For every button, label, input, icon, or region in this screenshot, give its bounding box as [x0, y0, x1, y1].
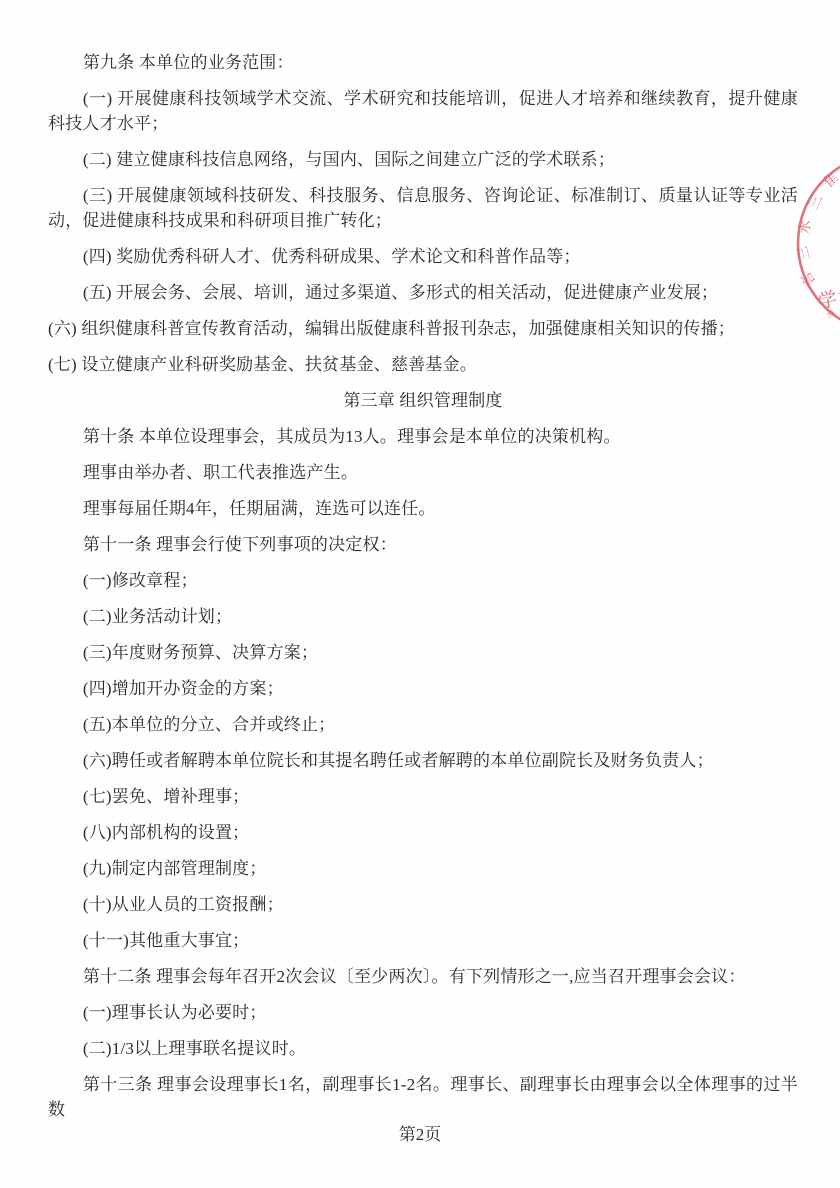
- seal-ring-text: 隹: [821, 170, 840, 191]
- document-paragraph: (一) 开展健康科技领域学术交流、学术研究和技能培训，促进人才培养和继续教育，提…: [48, 86, 798, 136]
- document-paragraph: (三) 开展健康领域科技研发、科技服务、信息服务、咨询论证、标准制订、质量认证等…: [48, 183, 798, 233]
- document-paragraph: (二)1/3以上理事联名提议时。: [48, 1036, 798, 1061]
- document-paragraph: 理事由举办者、职工代表推选产生。: [48, 460, 798, 485]
- document-paragraph: 第九条 本单位的业务范围：: [48, 50, 798, 75]
- document-paragraph: (七) 设立健康产业科研奖励基金、扶贫基金、慈善基金。: [48, 352, 798, 377]
- seal-ring-text: 言: [798, 268, 819, 289]
- seal-ring: [798, 153, 840, 333]
- chapter-heading: 第三章 组织管理制度: [48, 388, 798, 413]
- document-paragraph: 第十条 本单位设理事会，其成员为13人。理事会是本单位的决策机构。: [48, 424, 798, 449]
- page-number: 第2页: [0, 1122, 840, 1147]
- document-paragraph: (二) 建立健康科技信息网络，与国内、国际之间建立广泛的学术联系；: [48, 147, 798, 172]
- document-paragraph: (四) 奖励优秀科研人才、优秀科研成果、学术论文和科普作品等；: [48, 244, 798, 269]
- document-paragraph: (十一)其他重大事宜；: [48, 928, 798, 953]
- document-paragraph: (三)年度财务预算、决算方案；: [48, 640, 798, 665]
- document-paragraph: (四)增加开办资金的方案；: [48, 676, 798, 701]
- document-paragraph: (十)从业人员的工资报酬；: [48, 892, 798, 917]
- seal-ring-text: 水: [796, 219, 814, 234]
- document-paragraph: (二)业务活动计划；: [48, 604, 798, 629]
- seal-center-text: 学: [816, 288, 839, 313]
- document-paragraph: (一)理事长认为必要时；: [48, 1000, 798, 1025]
- page: 第九条 本单位的业务范围：(一) 开展健康科技领域学术交流、学术研究和技能培训，…: [0, 0, 840, 1188]
- seal-ring-text: 三: [806, 192, 826, 211]
- seal-center-text: 大: [836, 283, 840, 308]
- document-paragraph: (一)修改章程；: [48, 568, 798, 593]
- document-paragraph: (六)聘任或者解聘本单位院长和其提名聘任或者解聘的本单位副院长及财务负责人；: [48, 748, 798, 773]
- document-paragraph: (九)制定内部管理制度；: [48, 856, 798, 881]
- document-paragraph: 第十三条 理事会设理事长1名，副理事长1-2名。理事长、副理事长由理事会以全体理…: [48, 1072, 798, 1122]
- document-paragraph: 理事每届任期4年，任期届满，连选可以连任。: [48, 496, 798, 521]
- seal-serial-digits: 33: [825, 308, 837, 320]
- document-paragraph: (六) 组织健康科普宣传教育活动，编辑出版健康科普报刊杂志，加强健康相关知识的传…: [48, 316, 798, 341]
- document-paragraph: 第十一条 理事会行使下列事项的决定权：: [48, 532, 798, 557]
- document-paragraph: 第十二条 理事会每年召开2次会议〔至少两次〕。有下列情形之一,应当召开理事会会议…: [48, 964, 798, 989]
- document-paragraph: (七)罢免、增补理事；: [48, 784, 798, 809]
- document-paragraph: (五)本单位的分立、合并或终止；: [48, 712, 798, 737]
- document-body: 第九条 本单位的业务范围：(一) 开展健康科技领域学术交流、学术研究和技能培训，…: [48, 50, 798, 1133]
- document-paragraph: (八)内部机构的设置；: [48, 820, 798, 845]
- document-paragraph: (五) 开展会务、会展、培训，通过多渠道、多形式的相关活动，促进健康产业发展；: [48, 280, 798, 305]
